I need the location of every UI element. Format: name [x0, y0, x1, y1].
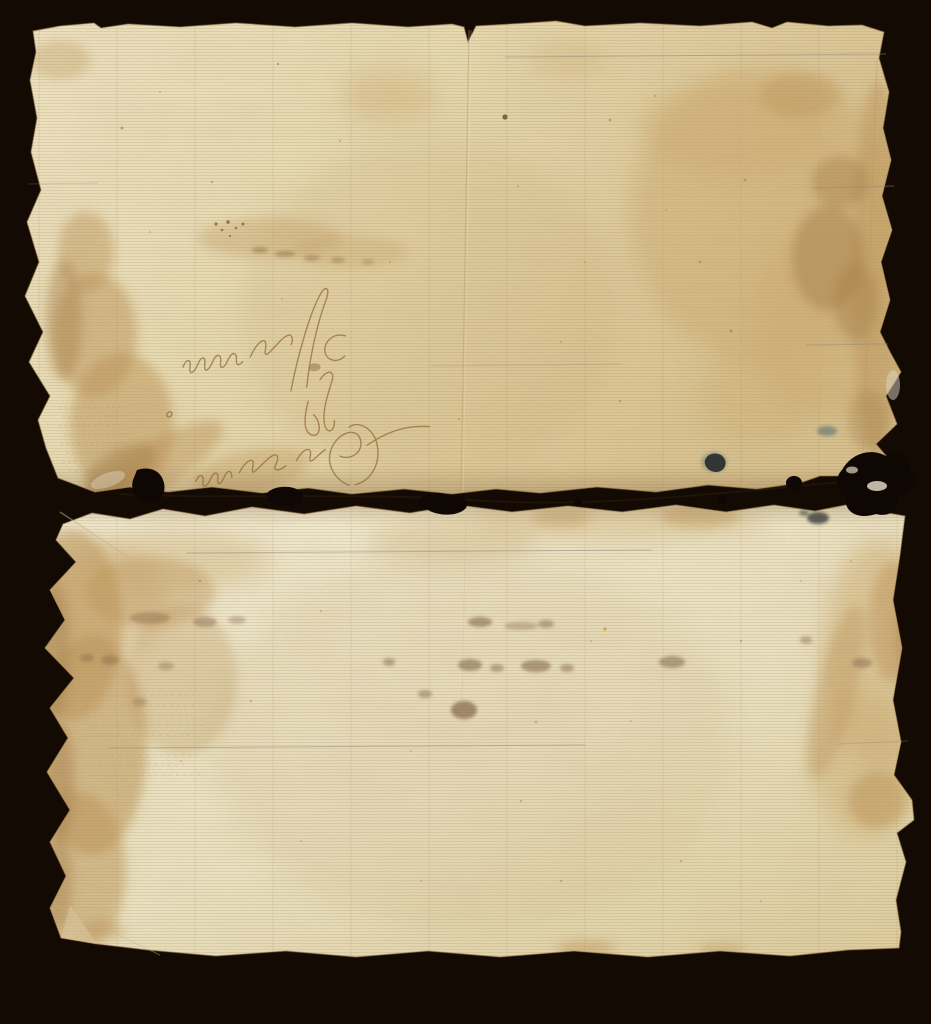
document-scan: [0, 0, 931, 1024]
bottom-panel-grain: [35, 500, 925, 965]
top-panel: [20, 15, 910, 535]
bottom-panel: [22, 500, 931, 965]
top-panel-grain: [20, 15, 910, 505]
tear-hole: [718, 496, 726, 504]
tear-hole: [574, 498, 582, 506]
tear-hole: [786, 476, 802, 490]
